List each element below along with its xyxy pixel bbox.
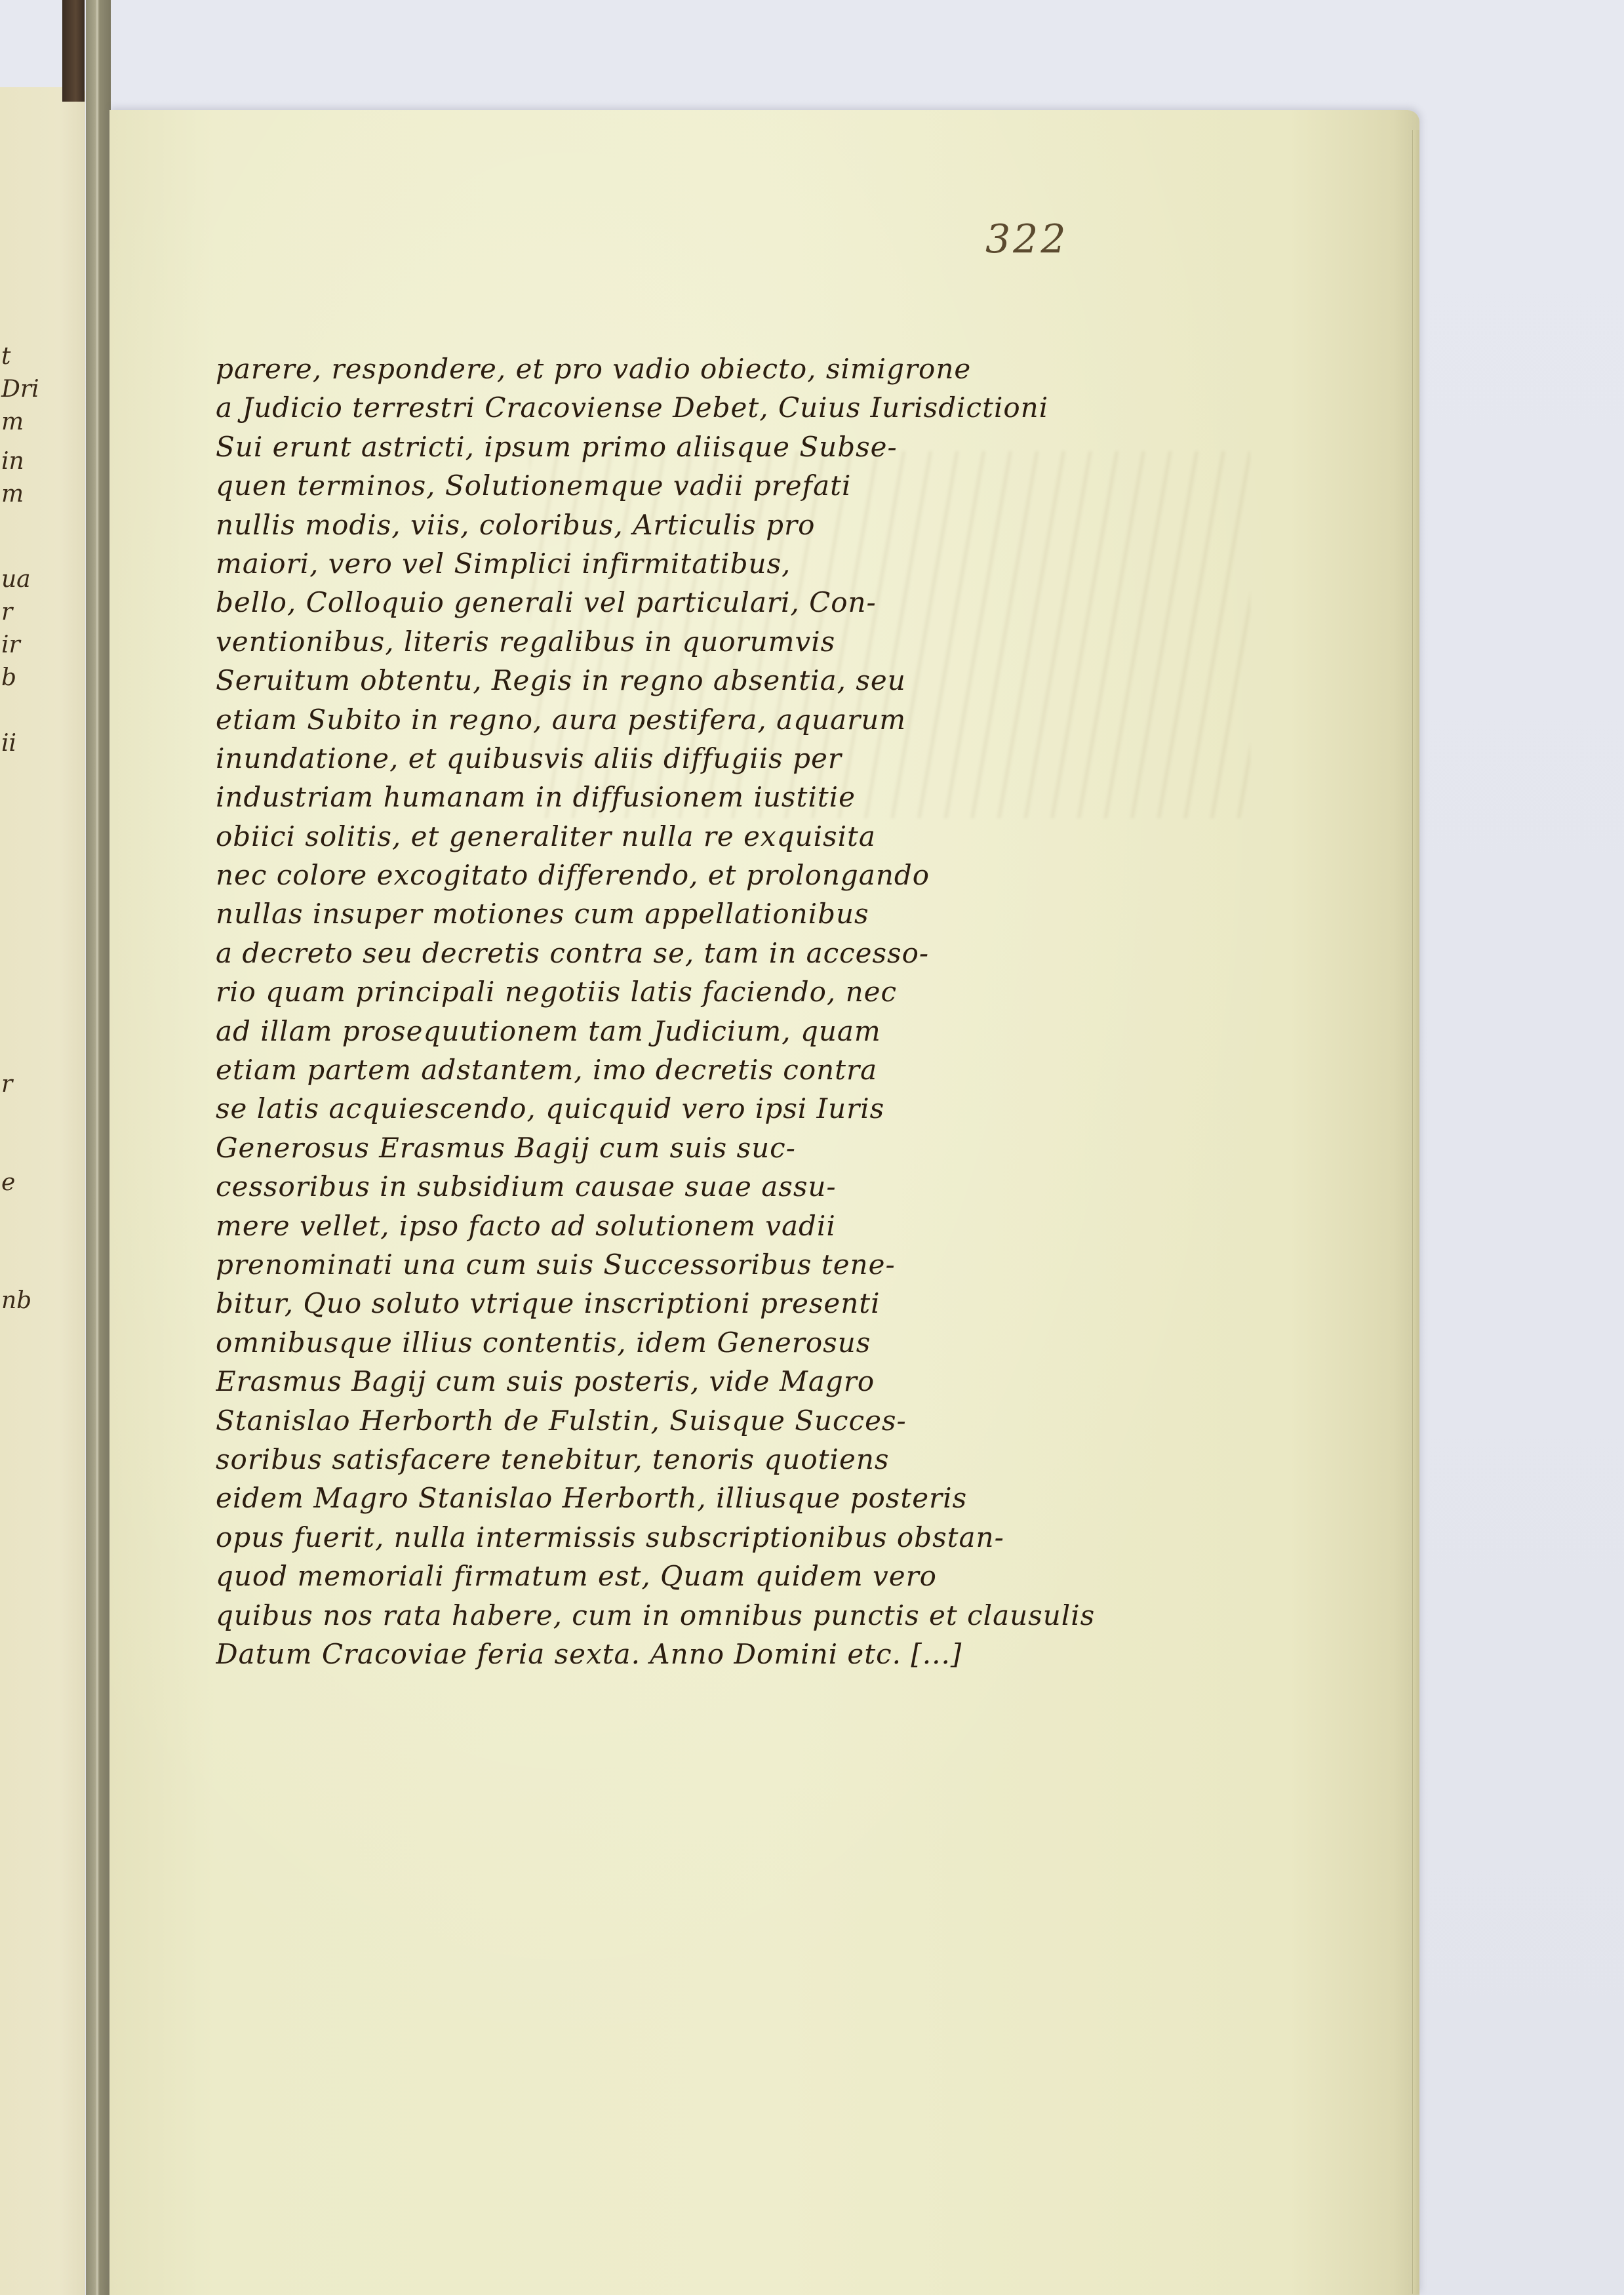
text-line: bello, Colloquio generali vel particular… xyxy=(216,583,1278,622)
left-fragment: t xyxy=(1,343,10,370)
text-line: obiici solitis, et generaliter nulla re … xyxy=(216,817,1278,856)
left-fragment: ii xyxy=(1,730,16,757)
left-fragment: ua xyxy=(1,566,31,593)
text-line: nullas insuper motiones cum appellationi… xyxy=(216,894,1278,933)
text-line: nec colore excogitato differendo, et pro… xyxy=(216,856,1278,894)
text-line: quen terminos, Solutionemque vadii prefa… xyxy=(216,466,1278,505)
text-line: a Judicio terrestri Cracoviense Debet, C… xyxy=(216,388,1278,427)
text-line: etiam Subito in regno, aura pestifera, a… xyxy=(216,700,1278,739)
manuscript-page: 322 parere, respondere, et pro vadio obi… xyxy=(109,110,1419,2295)
left-fragment: b xyxy=(1,664,16,691)
text-line: etiam partem adstantem, imo decretis con… xyxy=(216,1050,1278,1089)
text-line: cessoribus in subsidium causae suae assu… xyxy=(216,1167,1278,1206)
text-line: Erasmus Bagij cum suis posteris, vide Ma… xyxy=(216,1362,1278,1401)
text-line: Sui erunt astricti, ipsum primo aliisque… xyxy=(216,428,1278,466)
text-line: Seruitum obtentu, Regis in regno absenti… xyxy=(216,661,1278,700)
left-fragment: nb xyxy=(1,1287,31,1314)
text-line: se latis acquiescendo, quicquid vero ips… xyxy=(216,1089,1278,1128)
text-line: prenominati una cum suis Successoribus t… xyxy=(216,1245,1278,1284)
left-fragment: e xyxy=(1,1169,15,1196)
text-line: omnibusque illius contentis, idem Genero… xyxy=(216,1323,1278,1362)
left-facing-page: t Dri m in m ua r ir b ii r e nb xyxy=(0,87,85,2295)
book-gutter xyxy=(86,0,111,2295)
text-line: ventionibus, literis regalibus in quorum… xyxy=(216,622,1278,661)
left-fragment: m xyxy=(1,409,24,435)
manuscript-text: parere, respondere, et pro vadio obiecto… xyxy=(216,349,1278,1673)
left-fragment: m xyxy=(1,481,24,508)
text-line: a decreto seu decretis contra se, tam in… xyxy=(216,934,1278,972)
text-line: soribus satisfacere tenebitur, tenoris q… xyxy=(216,1440,1278,1479)
text-line: parere, respondere, et pro vadio obiecto… xyxy=(216,349,1278,388)
left-fragment: Dri xyxy=(1,376,39,403)
text-line: nullis modis, viis, coloribus, Articulis… xyxy=(216,506,1278,544)
text-line: quibus nos rata habere, cum in omnibus p… xyxy=(216,1596,1278,1635)
text-line: inundatione, et quibusvis aliis diffugii… xyxy=(216,739,1278,778)
left-fragment: r xyxy=(1,1071,12,1098)
folio-number: 322 xyxy=(985,216,1069,262)
text-line: eidem Magro Stanislao Herborth, illiusqu… xyxy=(216,1479,1278,1517)
left-fragment: r xyxy=(1,599,12,626)
text-line: Generosus Erasmus Bagij cum suis suc- xyxy=(216,1128,1278,1167)
page-edge xyxy=(1412,130,1419,2294)
text-line: opus fuerit, nulla intermissis subscript… xyxy=(216,1518,1278,1557)
text-line: industriam humanam in diffusionem iustit… xyxy=(216,778,1278,816)
text-line: rio quam principali negotiis latis facie… xyxy=(216,972,1278,1011)
text-line: mere vellet, ipso facto ad solutionem va… xyxy=(216,1207,1278,1245)
text-line: Stanislao Herborth de Fulstin, Suisque S… xyxy=(216,1401,1278,1440)
binding-strap xyxy=(62,0,85,102)
gutter-highlight xyxy=(96,0,98,2295)
left-fragment: ir xyxy=(1,631,20,658)
text-line: ad illam prosequutionem tam Judicium, qu… xyxy=(216,1012,1278,1050)
text-line-dating-clause: Datum Cracoviae feria sexta. Anno Domini… xyxy=(216,1635,1278,1673)
text-line: bitur, Quo soluto vtrique inscriptioni p… xyxy=(216,1284,1278,1323)
left-fragment: in xyxy=(1,448,24,475)
text-line: quod memoriali firmatum est, Quam quidem… xyxy=(216,1557,1278,1595)
text-line: maiori, vero vel Simplici infirmitatibus… xyxy=(216,544,1278,583)
